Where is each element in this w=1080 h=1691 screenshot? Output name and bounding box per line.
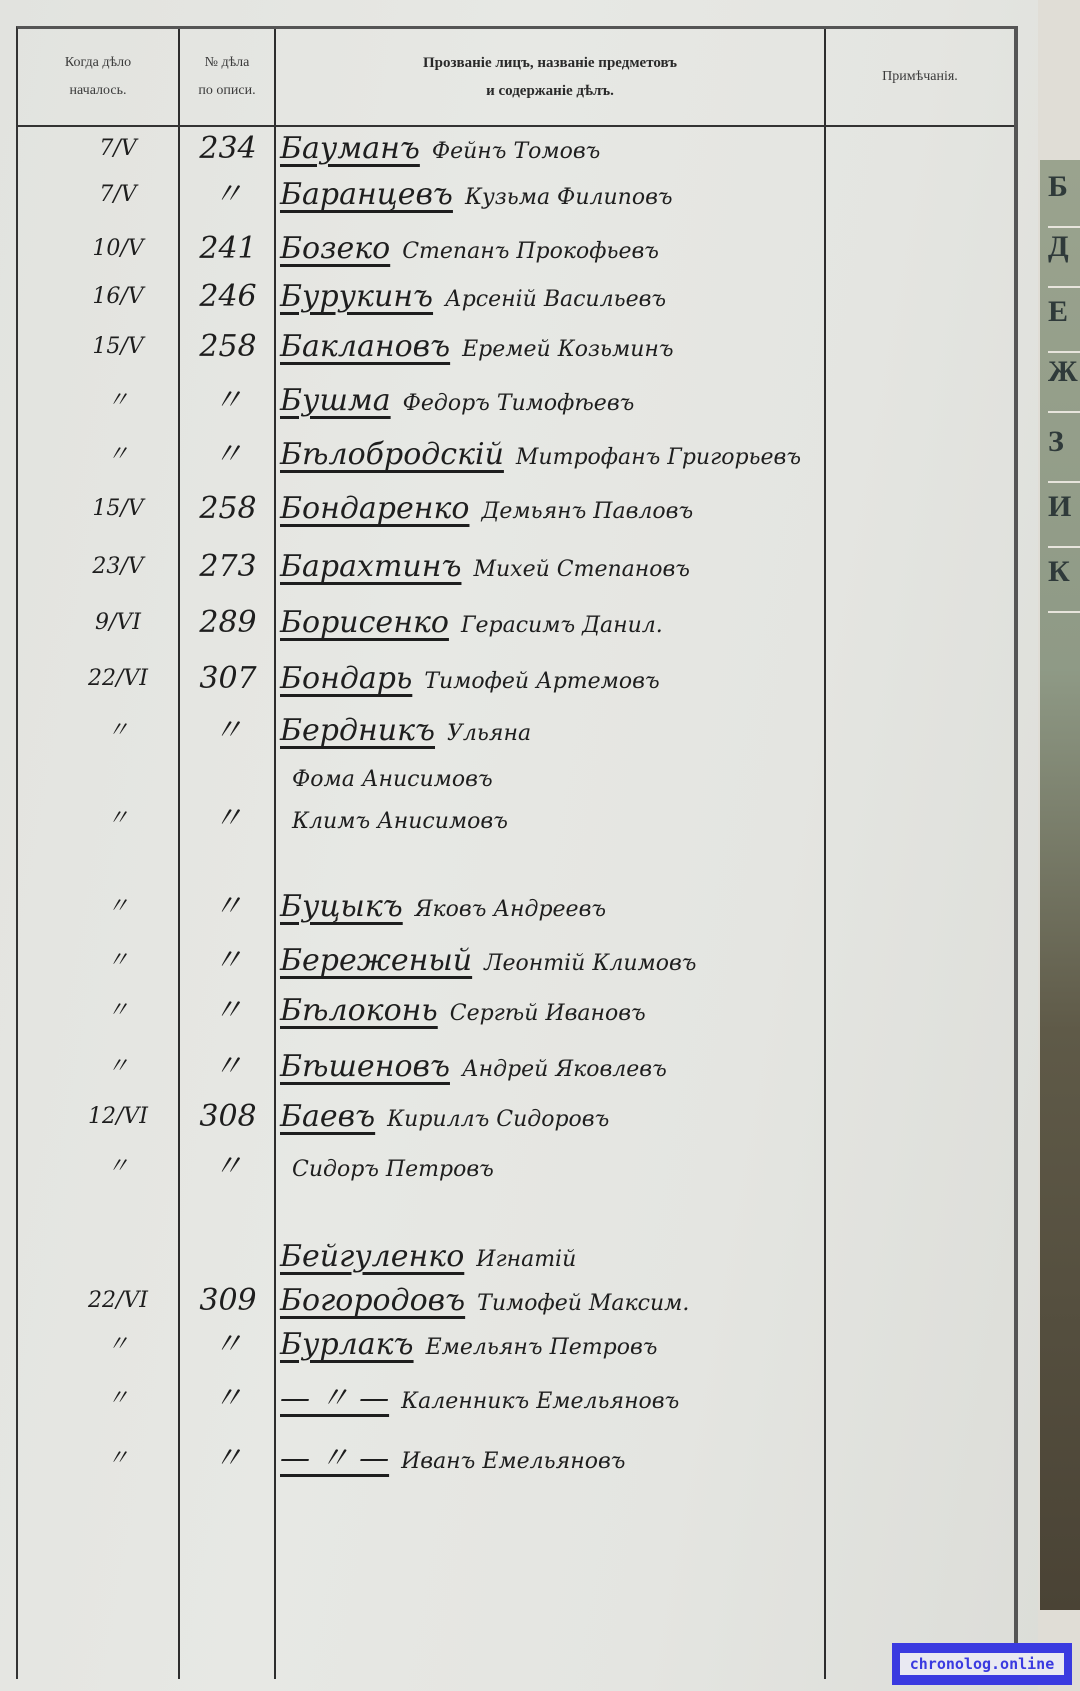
surname: Бѣлоконь	[280, 993, 438, 1028]
case-date: 〃	[58, 1379, 178, 1419]
table-row: 10/V241БозекоСтепанъ Прокофьевъ	[18, 229, 1014, 269]
case-date: 〃	[58, 799, 178, 839]
person-name: БорисенкоГерасимъ Данил.	[280, 603, 840, 643]
person-name	[280, 1197, 840, 1237]
surname: Бауманъ	[280, 131, 420, 166]
case-date: 15/V	[58, 327, 178, 367]
person-name: БурукинъАрсеній Васильевъ	[280, 277, 840, 317]
case-number: 〃	[183, 1147, 273, 1187]
case-number: 246	[183, 277, 273, 317]
person-name: БаранцевъКузьма Филиповъ	[280, 175, 840, 215]
case-date: 〃	[58, 1147, 178, 1187]
person-name: БереженыйЛеонтій Климовъ	[280, 941, 840, 981]
given-name: Фейнъ Томовъ	[432, 139, 600, 164]
person-name: Фома Анисимовъ	[280, 757, 840, 797]
case-number: 307	[183, 659, 273, 699]
table-row: 12/VI308БаевъКириллъ Сидоровъ	[18, 1097, 1014, 1137]
surname: Борисенко	[280, 605, 449, 640]
case-number	[183, 1197, 273, 1237]
table-row: 7/V〃БаранцевъКузьма Филиповъ	[18, 175, 1014, 215]
given-name: Степанъ Прокофьевъ	[402, 239, 659, 264]
table-row: 〃〃БушмаФедоръ Тимофѣевъ	[18, 381, 1014, 421]
case-date: 16/V	[58, 277, 178, 317]
person-name: БарахтинъМихей Степановъ	[280, 547, 840, 587]
header-notes: Примѣчанія.	[826, 29, 1014, 125]
case-date: 〃	[58, 887, 178, 927]
case-number: 〃	[183, 381, 273, 421]
person-name: БуцыкъЯковъ Андреевъ	[280, 887, 840, 927]
case-date: 〃	[58, 941, 178, 981]
given-name: Емельянъ Петровъ	[426, 1335, 658, 1360]
case-date: 12/VI	[58, 1097, 178, 1137]
person-name: БозекоСтепанъ Прокофьевъ	[280, 229, 840, 269]
given-name: Яковъ Андреевъ	[415, 897, 606, 922]
case-number: 〃	[183, 941, 273, 981]
table-row: 〃〃БѣлобродскійМитрофанъ Григорьевъ	[18, 435, 1014, 475]
surname: Баклановъ	[280, 329, 450, 364]
given-name: Герасимъ Данил.	[461, 613, 663, 638]
case-number: 〃	[183, 435, 273, 475]
case-number: 241	[183, 229, 273, 269]
table-row: 9/VI289БорисенкоГерасимъ Данил.	[18, 603, 1014, 643]
case-date	[58, 757, 178, 797]
case-number: 〃	[183, 1325, 273, 1365]
person-name: БаклановъЕремей Козьминъ	[280, 327, 840, 367]
given-name: Федоръ Тимофѣевъ	[403, 391, 635, 416]
case-number	[183, 839, 273, 879]
given-name: Тимофей Максим.	[477, 1291, 689, 1316]
given-name: Михей Степановъ	[473, 557, 690, 582]
table-row: 〃〃БѣшеновъАндрей Яковлевъ	[18, 1047, 1014, 1087]
given-name: Кириллъ Сидоровъ	[387, 1107, 609, 1132]
case-date: 10/V	[58, 229, 178, 269]
table-row	[18, 1197, 1014, 1237]
case-date: 〃	[58, 991, 178, 1031]
case-number: 〃	[183, 1047, 273, 1087]
surname: Бѣлобродскій	[280, 437, 504, 472]
header-divider	[18, 125, 1014, 127]
given-name: Тимофей Артемовъ	[424, 669, 659, 694]
table-row: 〃〃БуцыкъЯковъ Андреевъ	[18, 887, 1014, 927]
table-row: 15/V258БаклановъЕремей Козьминъ	[18, 327, 1014, 367]
index-tab: Д	[1048, 230, 1080, 288]
case-number: 258	[183, 327, 273, 367]
surname: — 〃 —	[280, 1381, 389, 1416]
table-row: 22/VI307БондарьТимофей Артемовъ	[18, 659, 1014, 699]
watermark: chronolog.online	[892, 1643, 1072, 1685]
given-name: Фома Анисимовъ	[292, 767, 493, 792]
person-name: БердникъУльяна	[280, 711, 840, 751]
table-row: 〃〃— 〃 —Каленникъ Емельяновъ	[18, 1379, 1014, 1419]
case-number: 〃	[183, 1379, 273, 1419]
given-name: Каленникъ Емельяновъ	[401, 1389, 679, 1414]
surname: Бондарь	[280, 661, 412, 696]
surname: Буцыкъ	[280, 889, 403, 924]
case-date: 7/V	[58, 129, 178, 169]
surname: Береженый	[280, 943, 472, 978]
person-name	[280, 839, 840, 879]
table-row: 〃〃БѣлоконьСергѣй Ивановъ	[18, 991, 1014, 1031]
surname: Бушма	[280, 383, 391, 418]
person-name: БѣлобродскійМитрофанъ Григорьевъ	[280, 435, 840, 475]
index-tab: Б	[1048, 170, 1080, 228]
index-tab: Ж	[1048, 355, 1080, 413]
given-name: Демьянъ Павловъ	[481, 499, 693, 524]
case-date	[58, 839, 178, 879]
case-number: 309	[183, 1281, 273, 1321]
person-name: — 〃 —Иванъ Емельяновъ	[280, 1439, 840, 1479]
case-number: 289	[183, 603, 273, 643]
given-name: Иванъ Емельяновъ	[401, 1449, 625, 1474]
person-name: БейгуленкоИгнатій	[280, 1237, 840, 1277]
surname: Богородовъ	[280, 1283, 465, 1318]
surname: Бозеко	[280, 231, 390, 266]
case-number: 〃	[183, 1439, 273, 1479]
person-name: БауманъФейнъ Томовъ	[280, 129, 840, 169]
given-name: Сидоръ Петровъ	[292, 1157, 494, 1182]
given-name: Андрей Яковлевъ	[462, 1057, 667, 1082]
given-name: Еремей Козьминъ	[462, 337, 673, 362]
index-tab: Е	[1048, 295, 1080, 353]
table-row: БейгуленкоИгнатій	[18, 1237, 1014, 1277]
case-number: 258	[183, 489, 273, 529]
person-name: Сидоръ Петровъ	[280, 1147, 840, 1187]
case-date: 〃	[58, 1439, 178, 1479]
case-number	[183, 1237, 273, 1277]
given-name: Кузьма Филиповъ	[465, 185, 673, 210]
case-number	[183, 757, 273, 797]
header-date: Когда дѣло началось.	[18, 29, 178, 125]
case-date: 23/V	[58, 547, 178, 587]
person-name: БондарьТимофей Артемовъ	[280, 659, 840, 699]
index-tabs: Б Д Е Ж З И К	[1040, 160, 1080, 1610]
table-row: 〃〃БердникъУльяна	[18, 711, 1014, 751]
surname: Бурлакъ	[280, 1327, 414, 1362]
table-row: 〃〃— 〃 —Иванъ Емельяновъ	[18, 1439, 1014, 1479]
given-name: Сергѣй Ивановъ	[450, 1001, 646, 1026]
given-name: Митрофанъ Григорьевъ	[516, 445, 801, 470]
surname: Бейгуленко	[280, 1239, 464, 1274]
table-row: 15/V258БондаренкоДемьянъ Павловъ	[18, 489, 1014, 529]
header-case-number: № дѣла по описи.	[180, 29, 274, 125]
given-name: Леонтій Климовъ	[484, 951, 696, 976]
case-number: 〃	[183, 175, 273, 215]
table-row: 23/V273БарахтинъМихей Степановъ	[18, 547, 1014, 587]
surname: Баевъ	[280, 1099, 375, 1134]
given-name: Арсеній Васильевъ	[445, 287, 666, 312]
case-number: 234	[183, 129, 273, 169]
person-name: — 〃 —Каленникъ Емельяновъ	[280, 1379, 840, 1419]
table-row: Фома Анисимовъ	[18, 757, 1014, 797]
table-row: 16/V246БурукинъАрсеній Васильевъ	[18, 277, 1014, 317]
table-row: 〃〃БурлакъЕмельянъ Петровъ	[18, 1325, 1014, 1365]
table-row: 〃〃Сидоръ Петровъ	[18, 1147, 1014, 1187]
person-name: БушмаФедоръ Тимофѣевъ	[280, 381, 840, 421]
person-name: БондаренкоДемьянъ Павловъ	[280, 489, 840, 529]
person-name: БогородовъТимофей Максим.	[280, 1281, 840, 1321]
person-name: БѣшеновъАндрей Яковлевъ	[280, 1047, 840, 1087]
index-tab: З	[1048, 425, 1080, 483]
person-name: БурлакъЕмельянъ Петровъ	[280, 1325, 840, 1365]
given-name: Игнатій	[476, 1247, 576, 1272]
case-number: 〃	[183, 799, 273, 839]
case-date: 9/VI	[58, 603, 178, 643]
case-number: 〃	[183, 887, 273, 927]
surname: Бурукинъ	[280, 279, 433, 314]
surname: Бердникъ	[280, 713, 435, 748]
register-table: Когда дѣло началось. № дѣла по описи. Пр…	[16, 26, 1018, 1679]
case-number: 308	[183, 1097, 273, 1137]
case-date	[58, 1197, 178, 1237]
case-date: 〃	[58, 1047, 178, 1087]
table-row: 〃〃БереженыйЛеонтій Климовъ	[18, 941, 1014, 981]
person-name: БѣлоконьСергѣй Ивановъ	[280, 991, 840, 1031]
person-name: БаевъКириллъ Сидоровъ	[280, 1097, 840, 1137]
header-names: Прозваніе лицъ, названіе предметовъ и со…	[276, 29, 824, 125]
case-number: 〃	[183, 991, 273, 1031]
person-name: Климъ Анисимовъ	[280, 799, 840, 839]
case-date: 〃	[58, 435, 178, 475]
given-name: Ульяна	[447, 721, 531, 746]
case-date	[58, 1237, 178, 1277]
table-row	[18, 839, 1014, 879]
table-row: 22/VI309БогородовъТимофей Максим.	[18, 1281, 1014, 1321]
case-date: 15/V	[58, 489, 178, 529]
case-date: 22/VI	[58, 1281, 178, 1321]
surname: — 〃 —	[280, 1441, 389, 1476]
table-row: 〃〃Климъ Анисимовъ	[18, 799, 1014, 839]
table-row: 7/V234БауманъФейнъ Томовъ	[18, 129, 1014, 169]
case-date: 〃	[58, 1325, 178, 1365]
surname: Бѣшеновъ	[280, 1049, 450, 1084]
case-date: 22/VI	[58, 659, 178, 699]
index-tab: К	[1048, 555, 1080, 613]
index-tab: И	[1048, 490, 1080, 548]
case-number: 273	[183, 547, 273, 587]
surname: Бондаренко	[280, 491, 469, 526]
case-number: 〃	[183, 711, 273, 751]
case-date: 〃	[58, 381, 178, 421]
case-date: 7/V	[58, 175, 178, 215]
surname: Баранцевъ	[280, 177, 453, 212]
case-date: 〃	[58, 711, 178, 751]
given-name: Климъ Анисимовъ	[292, 809, 508, 834]
surname: Барахтинъ	[280, 549, 461, 584]
